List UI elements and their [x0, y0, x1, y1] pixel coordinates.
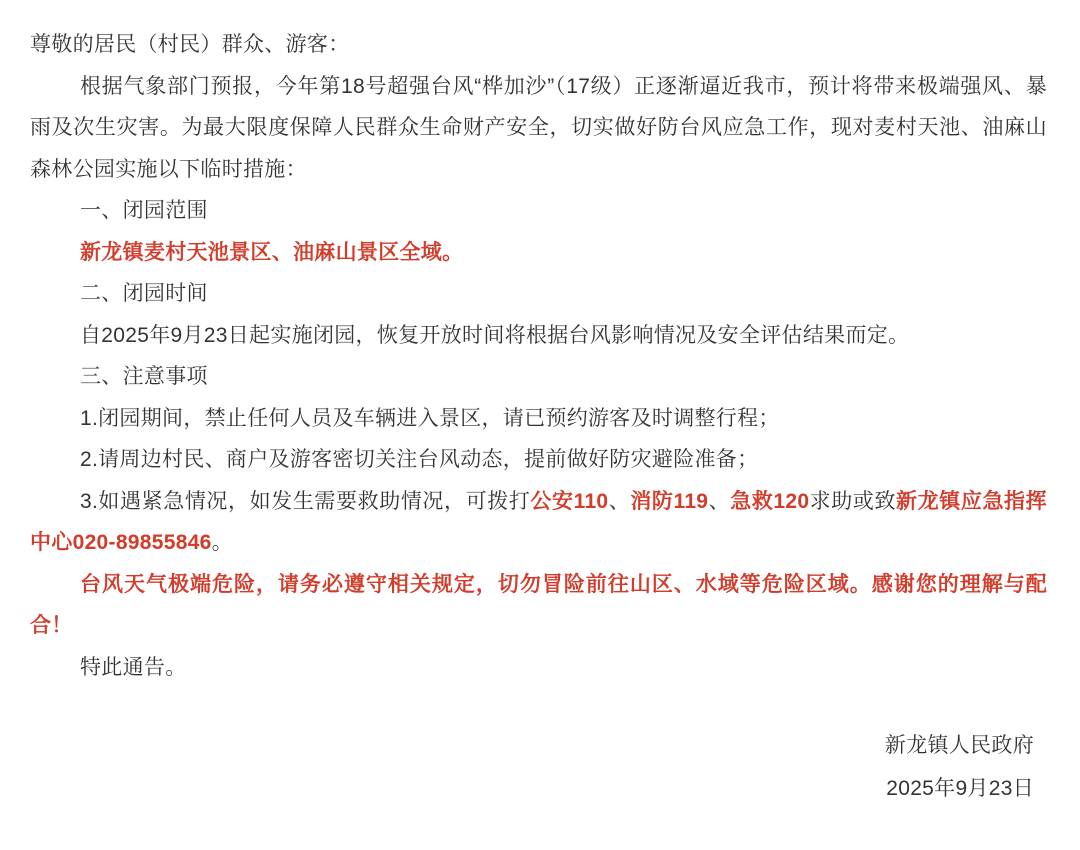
- highlight-text: 消防119: [630, 490, 708, 513]
- signature-issuer: 新龙镇人民政府: [30, 724, 1034, 767]
- notice-paragraph: 一、闭园范围: [30, 190, 1047, 232]
- highlight-text: 急救120: [730, 490, 809, 513]
- notice-paragraph: 3.如遇紧急情况，如发生需要救助情况，可拨打公安110、消防119、急救120求…: [30, 481, 1047, 564]
- body-text: 尊敬的居民（村民）群众、游客：: [30, 33, 350, 56]
- body-text: 、: [608, 490, 630, 513]
- notice-paragraph: 台风天气极端危险，请务必遵守相关规定，切勿冒险前往山区、水域等危险区域。感谢您的…: [30, 564, 1047, 647]
- signature-date: 2025年9月23日: [30, 767, 1034, 810]
- highlight-text: 台风天气极端危险，请务必遵守相关规定，切勿冒险前往山区、水域等危险区域。感谢您的…: [30, 573, 1047, 638]
- notice-paragraph: 自2025年9月23日起实施闭园，恢复开放时间将根据台风影响情况及安全评估结果而…: [30, 315, 1047, 357]
- body-text: 根据气象部门预报，今年第18号超强台风“桦加沙”（17级）正逐渐逼近我市，预计将…: [30, 75, 1047, 181]
- notice-document: 尊敬的居民（村民）群众、游客：根据气象部门预报，今年第18号超强台风“桦加沙”（…: [0, 0, 1080, 850]
- notice-paragraph: 二、闭园时间: [30, 273, 1047, 315]
- notice-paragraph: 1.闭园期间，禁止任何人员及车辆进入景区，请已预约游客及时调整行程；: [30, 398, 1047, 440]
- body-text: 三、注意事项: [80, 365, 208, 388]
- signature-block: 新龙镇人民政府 2025年9月23日: [30, 724, 1034, 810]
- notice-paragraph: 尊敬的居民（村民）群众、游客：: [30, 24, 1047, 66]
- body-text: 、: [708, 490, 730, 513]
- body-text: 特此通告。: [80, 656, 187, 679]
- body-text: 求助或致: [809, 490, 896, 513]
- highlight-text: 新龙镇麦村天池景区、油麻山景区全域。: [80, 241, 463, 264]
- notice-paragraph: 特此通告。: [30, 647, 1047, 689]
- body-text: 。: [212, 531, 233, 554]
- highlight-text: 公安110: [530, 490, 608, 513]
- body-text: 2.请周边村民、商户及游客密切关注台风动态，提前做好防灾避险准备；: [80, 448, 758, 471]
- notice-paragraph: 2.请周边村民、商户及游客密切关注台风动态，提前做好防灾避险准备；: [30, 439, 1047, 481]
- body-text: 自2025年9月23日起实施闭园，恢复开放时间将根据台风影响情况及安全评估结果而…: [80, 324, 909, 347]
- notice-paragraph: 新龙镇麦村天池景区、油麻山景区全域。: [30, 232, 1047, 274]
- body-text: 二、闭园时间: [80, 282, 208, 305]
- notice-body: 尊敬的居民（村民）群众、游客：根据气象部门预报，今年第18号超强台风“桦加沙”（…: [30, 24, 1047, 688]
- notice-paragraph: 根据气象部门预报，今年第18号超强台风“桦加沙”（17级）正逐渐逼近我市，预计将…: [30, 66, 1047, 191]
- body-text: 3.如遇紧急情况，如发生需要救助情况，可拨打: [80, 490, 530, 513]
- notice-paragraph: 三、注意事项: [30, 356, 1047, 398]
- body-text: 一、闭园范围: [80, 199, 208, 222]
- body-text: 1.闭园期间，禁止任何人员及车辆进入景区，请已预约游客及时调整行程；: [80, 407, 780, 430]
